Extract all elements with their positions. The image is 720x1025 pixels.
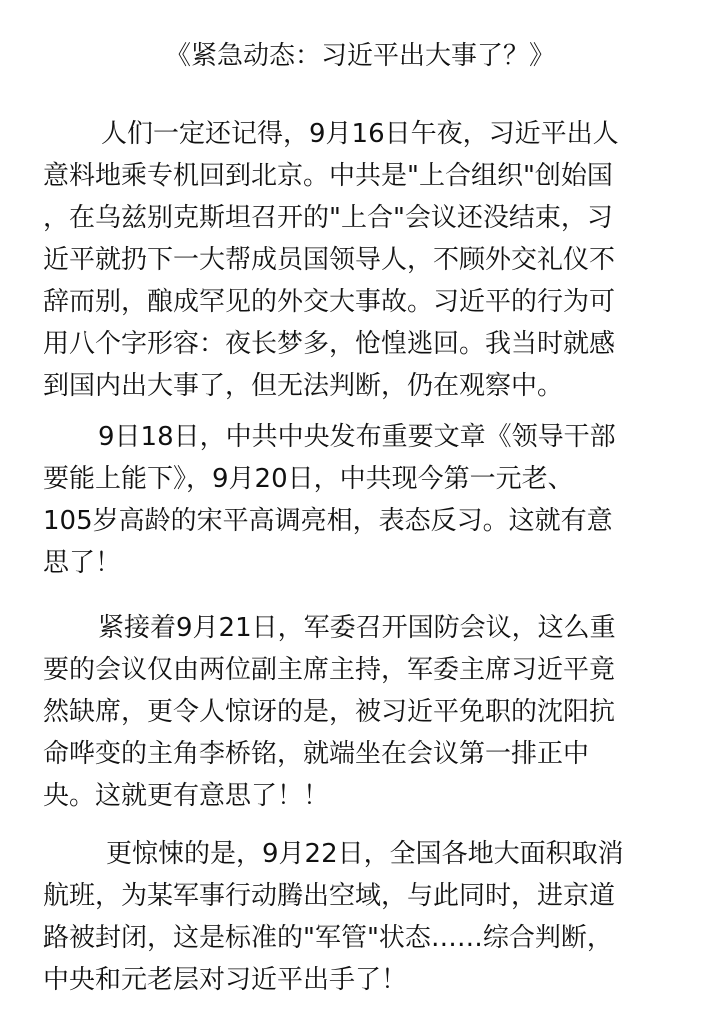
line-text: 人们一定还记得，9月16日午夜，习近平出人 <box>101 119 619 149</box>
paragraph-line: 中央和元老层对习近平出手了！ <box>43 959 683 1001</box>
paragraph-line: 辞而别，酿成罕见的外交大事故。习近平的行为可 <box>43 281 683 323</box>
paragraph-line: 用八个字形容：夜长梦多，怆惶逃回。我当时就感 <box>43 323 683 365</box>
paragraph-line: 紧接着9月21日，军委召开国防会议，这么重 <box>43 607 683 649</box>
paragraph-line: 航班，为某军事行动腾出空域，与此同时，进京道 <box>43 875 683 917</box>
paragraph-line: 到国内出大事了，但无法判断，仍在观察中。 <box>43 365 683 407</box>
paragraph-4: 更惊悚的是，9月22日，全国各地大面积取消 航班，为某军事行动腾出空域，与此同时… <box>43 833 683 1001</box>
paragraph-line: ，在乌兹别克斯坦召开的"上合"会议还没结束，习 <box>43 197 683 239</box>
paragraph-line: 意料地乘专机回到北京。中共是"上合组织"创始国 <box>43 155 683 197</box>
paragraph-line: 9日18日，中共中央发布重要文章《领导干部 <box>43 416 683 458</box>
article-title: 《紧急动态：习近平出大事了？》 <box>0 36 720 76</box>
line-text: 紧接着9月21日，军委召开国防会议，这么重 <box>98 613 616 643</box>
paragraph-line: 然缺席，更令人惊讶的是，被习近平免职的沈阳抗 <box>43 691 683 733</box>
line-text: 更惊悚的是，9月22日，全国各地大面积取消 <box>106 839 624 869</box>
paragraph-line: 更惊悚的是，9月22日，全国各地大面积取消 <box>43 833 683 875</box>
paragraph-line: 思了！ <box>43 542 683 584</box>
paragraph-line: 央。这就更有意思了！！ <box>43 775 683 817</box>
paragraph-line: 路被封闭，这是标准的"军管"状态……综合判断， <box>43 917 683 959</box>
paragraph-line: 105岁高龄的宋平高调亮相，表态反习。这就有意 <box>43 500 683 542</box>
line-text: 9日18日，中共中央发布重要文章《领导干部 <box>98 422 616 452</box>
paragraph-2: 9日18日，中共中央发布重要文章《领导干部 要能上能下》，9月20日，中共现今第… <box>43 416 683 584</box>
paragraph-line: 要的会议仅由两位副主席主持，军委主席习近平竟 <box>43 649 683 691</box>
paragraph-1: 人们一定还记得，9月16日午夜，习近平出人 意料地乘专机回到北京。中共是"上合组… <box>43 113 683 407</box>
paragraph-line: 人们一定还记得，9月16日午夜，习近平出人 <box>43 113 683 155</box>
paragraph-line: 要能上能下》，9月20日，中共现今第一元老、 <box>43 458 683 500</box>
paragraph-line: 近平就扔下一大帮成员国领导人，不顾外交礼仪不 <box>43 239 683 281</box>
paragraph-line: 命哗变的主角李桥铭，就端坐在会议第一排正中 <box>43 733 683 775</box>
paragraph-3: 紧接着9月21日，军委召开国防会议，这么重 要的会议仅由两位副主席主持，军委主席… <box>43 607 683 817</box>
